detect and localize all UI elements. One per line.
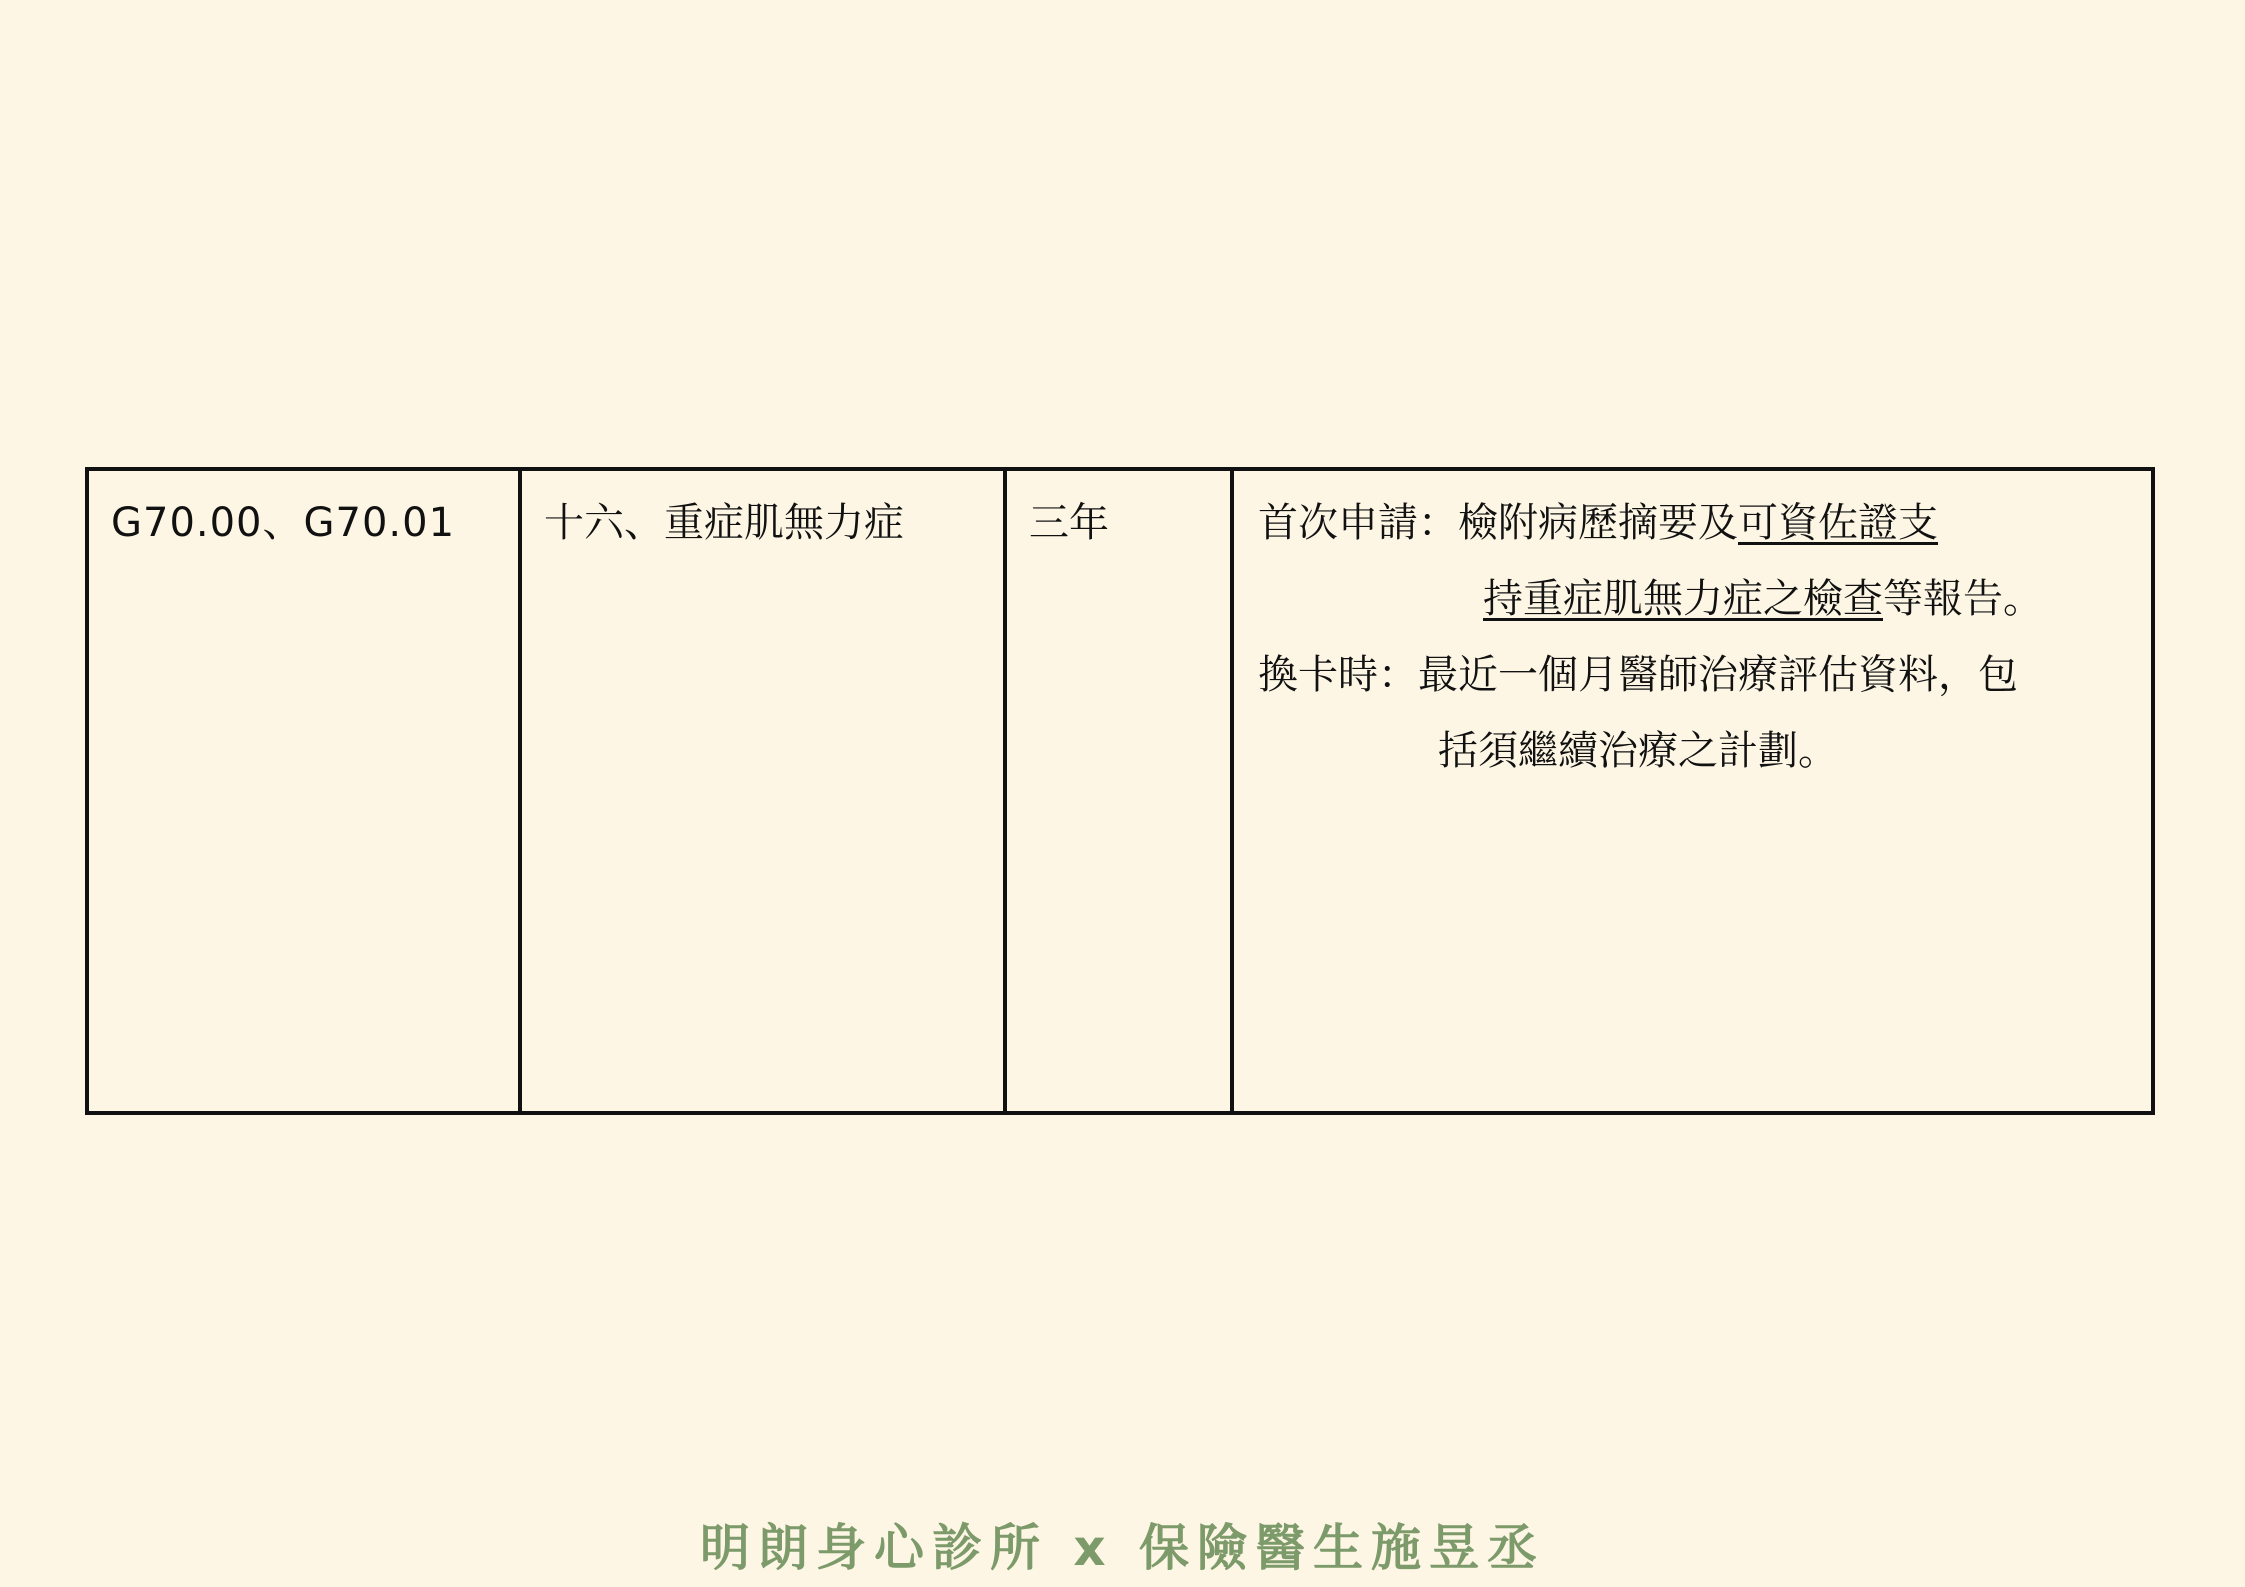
disease-name: 十六、重症肌無力症 [544, 500, 904, 546]
renewal-line-2: 括須繼續治療之計劃。 [1258, 725, 2129, 801]
renewal-line-1: 換卡時：最近一個月醫師治療評估資料，包 [1258, 649, 2129, 725]
first-application-text: 檢附病歷摘要及 [1458, 500, 1738, 546]
first-application-line-1: 首次申請：檢附病歷摘要及可資佐證支 [1258, 497, 2129, 573]
first-application-underlined-1: 可資佐證支 [1738, 500, 1938, 546]
validity-period: 三年 [1029, 500, 1109, 546]
first-application-underlined-2: 持重症肌無力症之檢查 [1483, 576, 1883, 622]
first-application-line-2: 持重症肌無力症之檢查等報告。 [1258, 573, 2129, 649]
renewal-text-2: 括須繼續治療之計劃。 [1438, 728, 1838, 774]
icd-code-cell: G70.00、G70.01 [89, 471, 522, 1111]
disease-cell: 十六、重症肌無力症 [522, 471, 1007, 1111]
validity-cell: 三年 [1007, 471, 1234, 1111]
requirements-cell: 首次申請：檢附病歷摘要及可資佐證支 持重症肌無力症之檢查等報告。 換卡時：最近一… [1234, 471, 2151, 1111]
renewal-label: 換卡時： [1258, 652, 1418, 698]
footer-credit: 明朗身心診所 x 保險醫生施昱丞 [0, 1508, 2245, 1580]
first-application-tail: 等報告。 [1883, 576, 2043, 622]
first-application-label: 首次申請： [1258, 500, 1458, 546]
info-table: G70.00、G70.01 十六、重症肌無力症 三年 首次申請：檢附病歷摘要及可… [85, 467, 2155, 1115]
icd-code: G70.00、G70.01 [111, 500, 455, 546]
renewal-text-1: 最近一個月醫師治療評估資料，包 [1418, 652, 2018, 698]
